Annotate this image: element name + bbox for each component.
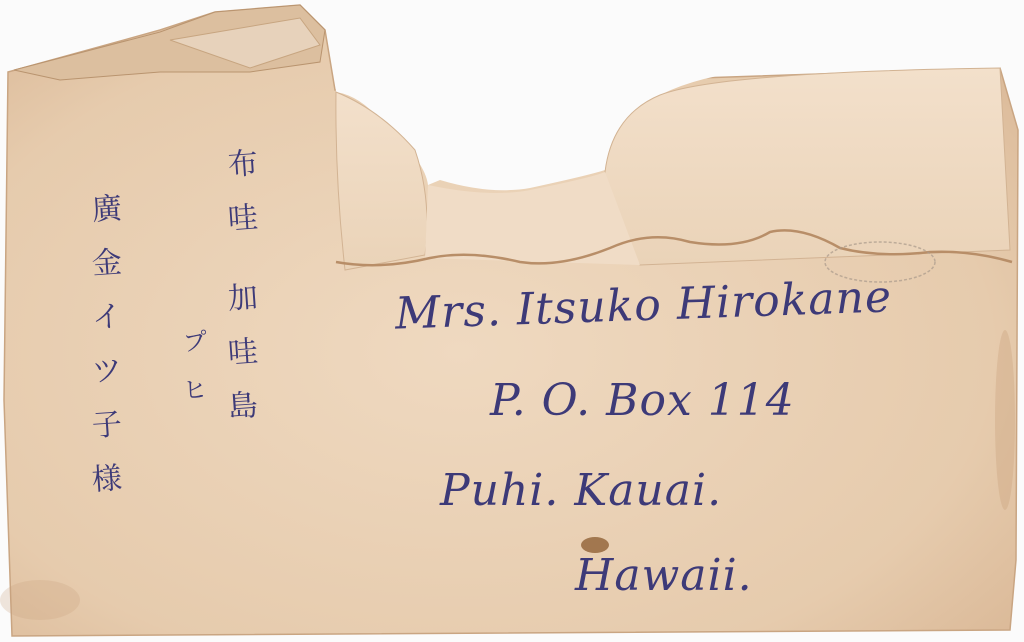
japanese-location-column: 布 哇 加 哇 島 [228,150,258,446]
jp-char: プ [182,329,208,355]
jp-char: 金 [91,248,123,280]
address-line-box: P. O. Box 114 [490,375,795,426]
jp-char: 哇 [227,203,259,235]
jp-char: 様 [91,464,123,496]
corner-stain [0,580,80,620]
envelope-photo: 廣 金 イ ツ 子 様 布 哇 加 哇 島 プ ヒ Mrs. Itsuko Hi… [0,0,1024,642]
japanese-recipient-column: 廣 金 イ ツ 子 様 [92,195,122,519]
jp-char: 加 [227,283,259,315]
address-line-state: Hawaii. [575,550,753,601]
jp-char: 廣 [91,194,123,226]
jp-char: 哇 [227,337,259,369]
jp-char: 布 [227,149,259,181]
jp-char: 島 [227,391,259,423]
japanese-sublocation-column: プ ヒ [183,330,207,426]
jp-char: ツ [91,356,123,388]
address-line-city: Puhi. Kauai. [440,465,722,516]
edge-stain [995,330,1015,510]
inner-flap-right [604,68,1010,265]
jp-char: 子 [91,410,123,442]
jp-char: イ [91,302,123,334]
jp-char: ヒ [182,377,208,403]
